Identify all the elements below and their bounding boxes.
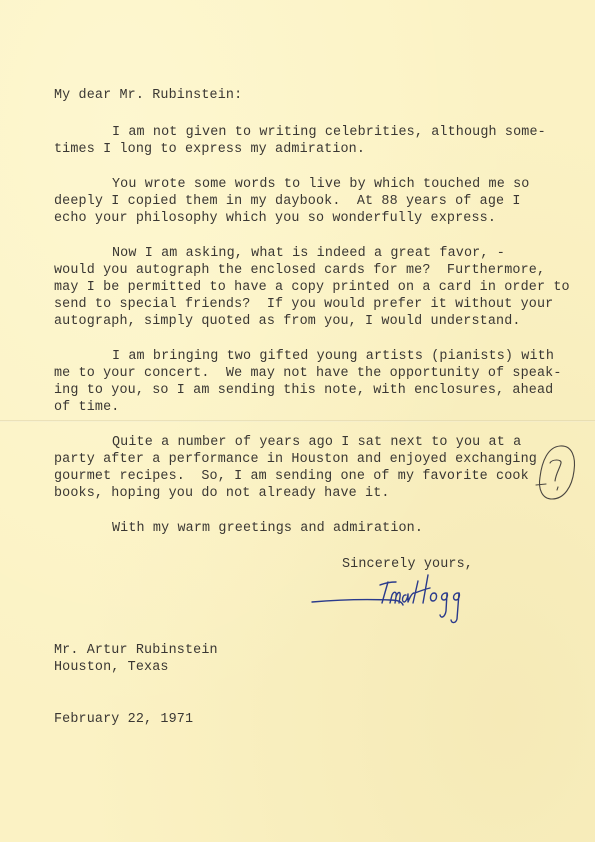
salutation: My dear Mr. Rubinstein:: [54, 87, 242, 104]
paragraph-line: send to special friends? If you would pr…: [54, 296, 553, 313]
paragraph-line: me to your concert. We may not have the …: [54, 365, 562, 382]
recipient-location: Houston, Texas: [54, 659, 169, 676]
circled-question-mark-annotation: ?: [534, 443, 578, 503]
paragraph-line: I am bringing two gifted young artists (…: [112, 348, 554, 365]
paragraph-line: books, hoping you do not already have it…: [54, 485, 390, 502]
paragraph-line: You wrote some words to live by which to…: [112, 176, 529, 193]
paragraph-line: deeply I copied them in my daybook. At 8…: [54, 193, 521, 210]
recipient-name: Mr. Artur Rubinstein: [54, 642, 218, 659]
paragraph-line: With my warm greetings and admiration.: [112, 520, 423, 537]
paragraph-line: echo your philosophy which you so wonder…: [54, 210, 496, 227]
paragraph-line: Quite a number of years ago I sat next t…: [112, 434, 521, 451]
paragraph-line: times I long to express my admiration.: [54, 141, 365, 158]
paper-fold-line: [0, 420, 595, 422]
paragraph-line: may I be permitted to have a copy printe…: [54, 279, 570, 296]
paragraph-line: I am not given to writing celebrities, a…: [112, 124, 546, 141]
paragraph-line: autograph, simply quoted as from you, I …: [54, 313, 521, 330]
paragraph-line: Now I am asking, what is indeed a great …: [112, 245, 505, 262]
paragraph-line: ing to you, so I am sending this note, w…: [54, 382, 553, 399]
paragraph-line: gourmet recipes. So, I am sending one of…: [54, 468, 529, 485]
letter-date: February 22, 1971: [54, 711, 193, 728]
paragraph-line: of time.: [54, 399, 120, 416]
handwritten-signature: Ima Hogg: [310, 567, 510, 627]
paragraph-line: party after a performance in Houston and…: [54, 451, 537, 468]
paragraph-line: would you autograph the enclosed cards f…: [54, 262, 545, 279]
